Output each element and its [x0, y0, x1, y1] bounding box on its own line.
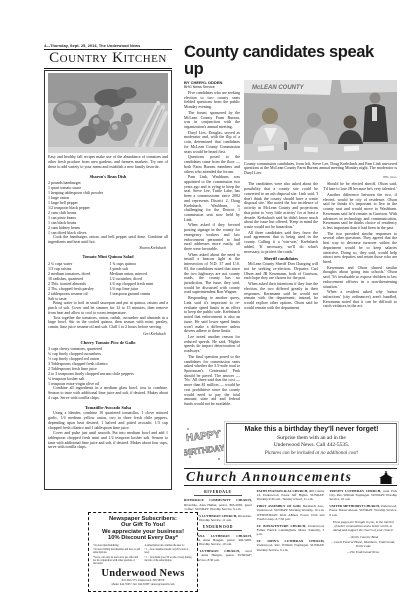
photo-credit: BHG photo: [244, 176, 397, 180]
recipe-attribution: Sharon Krebsbach: [48, 246, 166, 250]
svg-text:BIRTHDAY!: BIRTHDAY!: [184, 442, 224, 458]
recipe-directions: Combine all ingredients in a medium glas…: [48, 386, 168, 401]
vegetables-photo: [48, 73, 168, 153]
recipe-title: Tomatillo-Avocado Salsa: [48, 405, 168, 410]
coupon-contact: phone: 442-5505 • fax: 442-8108 • unews@…: [93, 583, 193, 587]
birthday-ad: HAPPY BIRTHDAY! Make this a birthday the…: [184, 423, 397, 463]
coupon-fine-right: A subscription also entitles the user to…: [145, 544, 194, 566]
article-byline-org: BHG News Service: [184, 85, 240, 89]
article-body-columns: The candidates were also asked about the…: [244, 182, 397, 408]
recipe-tomato-mint-quinoa-salad: Tomato Mint Quinoa Salad 2 ¾ cups water1…: [48, 254, 168, 335]
church-column-3: TRINITY LUTHERAN CHURCH, rural Pick City…: [329, 489, 397, 600]
banner-text: McLEAN COUNTY: [252, 85, 305, 91]
birthday-ad-note: Pictures can be included at no additiona…: [231, 451, 392, 456]
birthday-ad-headline: Make this a birthday they'll never forge…: [231, 426, 392, 434]
recipe-attribution: Geri Krebsbach: [48, 332, 166, 336]
recipe-sharons-bean-dish: Sharon's Bean Dish 2 pounds hamburger1 q…: [48, 174, 168, 251]
church-announcements-title: Church Announcements: [186, 470, 377, 484]
coupon-headlines: Newspaper Subscribers:Our Gift To You!We…: [93, 516, 193, 542]
recipe-directions: Using a blender, combine 10 quartered to…: [48, 411, 168, 450]
church-listing: UNDERWOOD: [194, 525, 242, 531]
church-icon: [377, 471, 395, 484]
article-lead-paragraphs: Five candidates who are seeking election…: [184, 91, 240, 407]
church-listing: ST. JOHN'S LUTHERAN CHURCH, Underwood, R…: [257, 539, 325, 552]
coupon-paper-name: Underwood News: [93, 568, 193, 579]
subscriber-coupon-ad: Newspaper Subscribers:Our Gift To You!We…: [88, 512, 198, 592]
candidates-article-section: County candidates speak up BY CHERYL ODD…: [184, 44, 397, 600]
article-photo-block: McLEAN COUNTY: [244, 80, 397, 418]
church-column-2: FAITH EVANGELICAL CHURCH, 406 County 14,…: [257, 489, 325, 600]
recipe-directions: Bring water to boil in small saucepan an…: [48, 301, 168, 330]
coupon-fine-print: • In-store merchandising• In-store billi…: [93, 544, 193, 566]
ingredient-list-left: 2 ¾ cups water1/3 cup raisins2 medium to…: [48, 261, 107, 301]
recipe-title: Sharon's Bean Dish: [48, 174, 168, 179]
recipe-title: Tomato Mint Quinoa Salad: [48, 254, 168, 259]
church-listing: —The Underwood News: [329, 550, 397, 554]
church-listing: These pages are brought to you, in the i…: [332, 520, 394, 533]
church-listing: RIVERDALE: [194, 490, 242, 496]
church-listing: —Goetz Funeral Home, Washburn, Underwood…: [329, 540, 397, 549]
church-listing: FAITH EVANGELICAL CHURCH, 406 County 14,…: [257, 489, 325, 502]
article-headline: County candidates speak up: [184, 44, 397, 77]
church-listing: UNITED METHODIST CHURCH, Underwood, Past…: [329, 504, 397, 517]
church-listing: FIRST ASSEMBLY OF GOD, Bernhardt Ave., U…: [257, 504, 325, 521]
country-kitchen-box: Easy and healthy fall recipes make use o…: [44, 70, 172, 490]
church-listing: TRINITY LUTHERAN CHURCH, rural Pick City…: [329, 489, 397, 502]
article-column-1: BY CHERYL ODDEN BHG News Service Five ca…: [184, 80, 240, 418]
church-announcements-header: Church Announcements: [184, 468, 397, 486]
coupon-fine-left: • In-store merchandising• In-store billi…: [93, 544, 142, 566]
article-body-paragraphs: The candidates were also asked about the…: [244, 182, 318, 254]
church-listing: ST. BONAVENTURE CHURCH, Underwood, Fathe…: [257, 524, 325, 537]
photo-caption: County commission candidates, from left,…: [244, 162, 397, 180]
church-listing: —North Country Bank: [329, 535, 397, 539]
church-listings: RIVERDALERIVERDALE COMMUNITY CHURCH, Riv…: [184, 489, 397, 600]
happy-birthday-balloon-graphic: HAPPY BIRTHDAY!: [184, 423, 224, 463]
church-listing: RIVERDALE COMMUNITY CHURCH, Riverdale, A…: [184, 498, 252, 511]
country-kitchen-masthead: Country Kitchen: [44, 50, 172, 69]
svg-text:HAPPY: HAPPY: [185, 429, 221, 444]
birthday-ad-box: Make this a birthday they'll never forge…: [226, 423, 397, 463]
recipes-intro-caption: Easy and healthy fall recipes make use o…: [48, 155, 168, 169]
ingredient-list-right: 1 ¾ cups quinoa1 pinch saltMedium onion,…: [110, 261, 169, 301]
recipe-cherry-tomato-pico-de-gallo: Cherry Tomato Pico de Gallo 3 cups cherr…: [48, 340, 168, 401]
recipe-title: Cherry Tomato Pico de Gallo: [48, 340, 168, 345]
ingredient-list: 2 pounds hamburger1 quart tomato sauce1 …: [48, 180, 168, 235]
recipe-tomatillo-avocado-salsa: Tomatillo-Avocado Salsa Using a blender,…: [48, 405, 168, 451]
newspaper-page: 4—Thursday, Sept. 25, 2014, The Underwoo…: [0, 0, 400, 600]
ingredient-list: 3 cups cherry tomatoes, quartered¾ cup f…: [48, 346, 168, 386]
candidates-photo: McLEAN COUNTY: [244, 80, 397, 160]
recipe-directions: Cook the hamburger, onion, and bell pepp…: [48, 235, 168, 245]
birthday-ad-line: Surprise them with an ad in theUnderwood…: [231, 435, 392, 449]
country-kitchen-section: 4—Thursday, Sept. 25, 2014, The Underwoo…: [44, 44, 172, 490]
